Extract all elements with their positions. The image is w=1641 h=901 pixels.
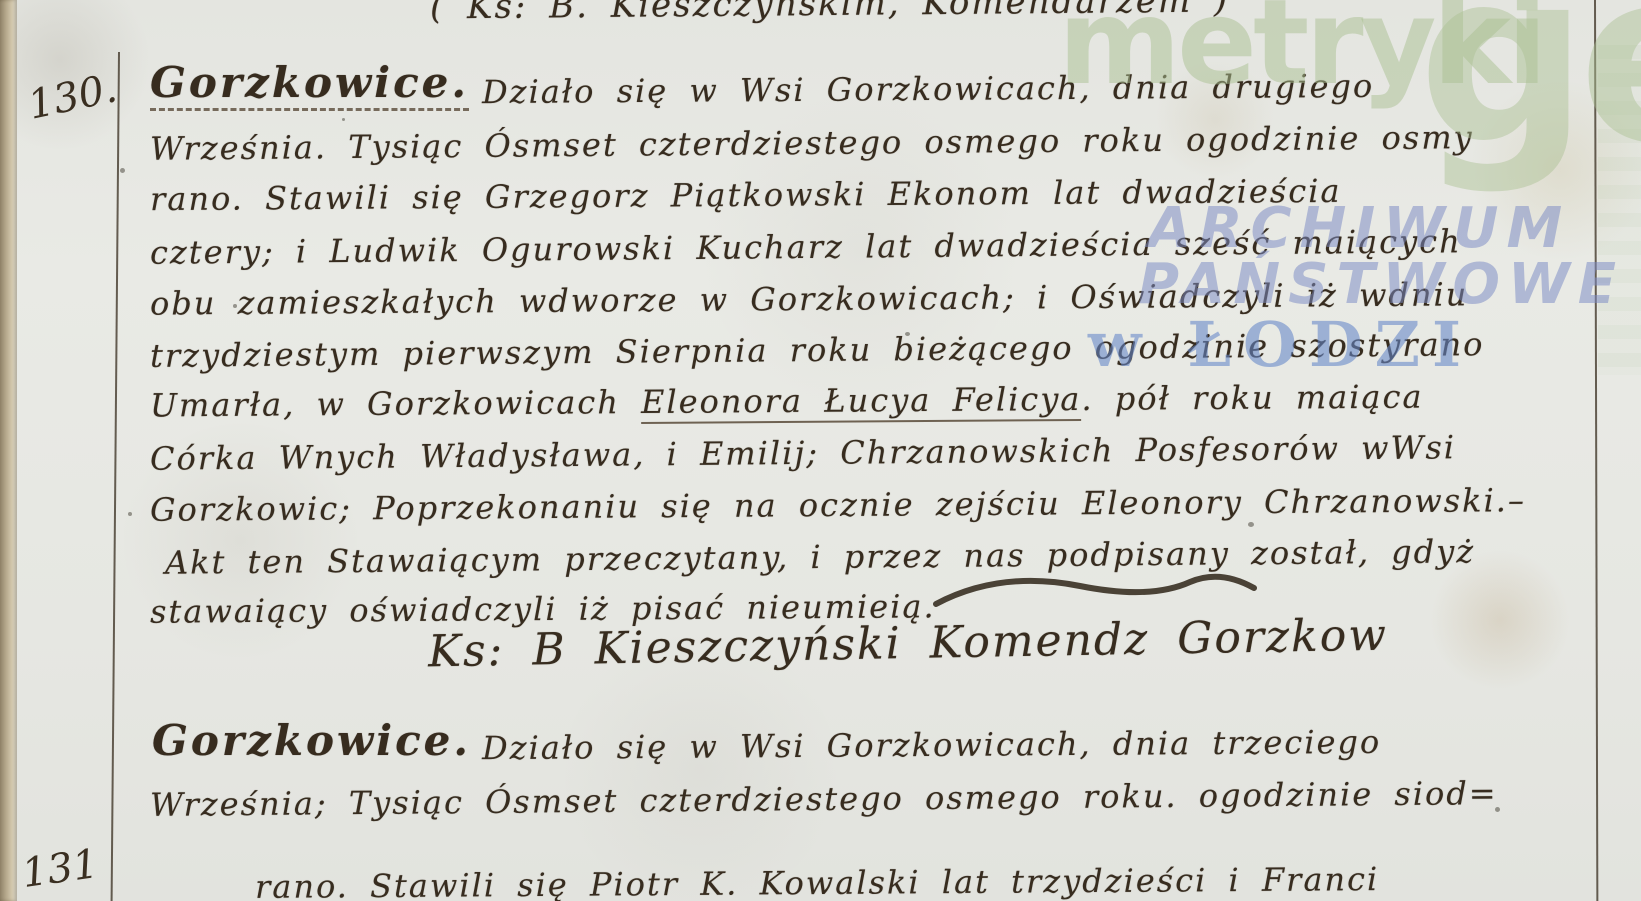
ink-speck — [342, 118, 345, 121]
deceased-name: Eleonora Łucya Felicya — [641, 380, 1082, 424]
ink-speck — [1248, 522, 1254, 527]
handwritten-line: Gorzkowic; Poprzekonaniu się na ocznie z… — [150, 481, 1526, 529]
ink-speck — [1495, 807, 1500, 812]
ink-speck — [905, 332, 910, 336]
book-spine-edge — [0, 0, 17, 901]
watermark-w-lodzi: w ŁODZI — [1088, 308, 1473, 381]
line-text-post: . pół roku maiąca — [1081, 378, 1423, 418]
ink-speck — [233, 304, 237, 308]
handwritten-line: Września; Tysiąc Ósmset czterdziestego o… — [150, 774, 1498, 824]
ink-speck — [120, 168, 125, 173]
handwritten-line: Akt ten Stawaiącym przeczytany, i przez … — [165, 532, 1475, 581]
signature-flourish — [930, 566, 1260, 610]
line-text-pre: Umarła, w Gorzkowicach — [150, 383, 641, 424]
record-number-131: 131 — [19, 841, 101, 897]
handwritten-line: Września. Tysiąc Ósmset czterdziestego o… — [150, 118, 1474, 168]
record-number-130: 130. — [24, 65, 121, 129]
handwritten-line: Umarła, w Gorzkowicach Eleonora Łucya Fe… — [150, 378, 1424, 425]
record-131-heading: Gorzkowice. — [152, 716, 471, 765]
handwritten-line: Działo się w Wsi Gorzkowicach, dnia trze… — [482, 723, 1381, 767]
handwritten-line: rano. Stawili się Piotr K. Kowalski lat … — [255, 860, 1379, 901]
watermark-gen: gen — [1418, 0, 1641, 160]
handwritten-line: Córka Wnych Władysława, i Emilij; Chrzan… — [150, 428, 1456, 477]
record-130-heading: Gorzkowice. — [150, 58, 469, 111]
ink-speck — [128, 512, 132, 516]
margin-rule-left — [111, 52, 120, 901]
register-page-scan: ( Ks: B. Kieszczyńskim, Komendarzem ) 13… — [0, 0, 1641, 901]
